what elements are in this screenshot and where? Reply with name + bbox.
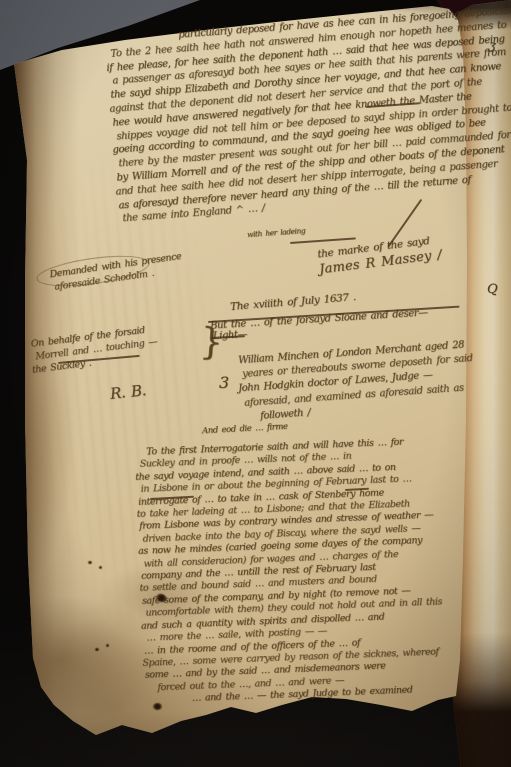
deposition-body-block: To the first Interrogatorie saith and wi… [136,435,445,707]
margin-number: 3 [219,373,229,392]
manuscript-photo: ʒ Q particularly deposed for have as hee… [0,0,511,767]
ink-blot [153,703,162,710]
margin-initials: R. B. [109,381,147,403]
deposition-closing-block: particularly deposed for have as hee can… [106,2,511,226]
margin-brace: } [199,321,224,363]
ink-speck [88,561,92,564]
facing-page-ink-mark: Q [487,282,497,297]
ink-speck [95,648,99,651]
ink-speck [106,644,109,647]
ink-speck [99,566,102,569]
